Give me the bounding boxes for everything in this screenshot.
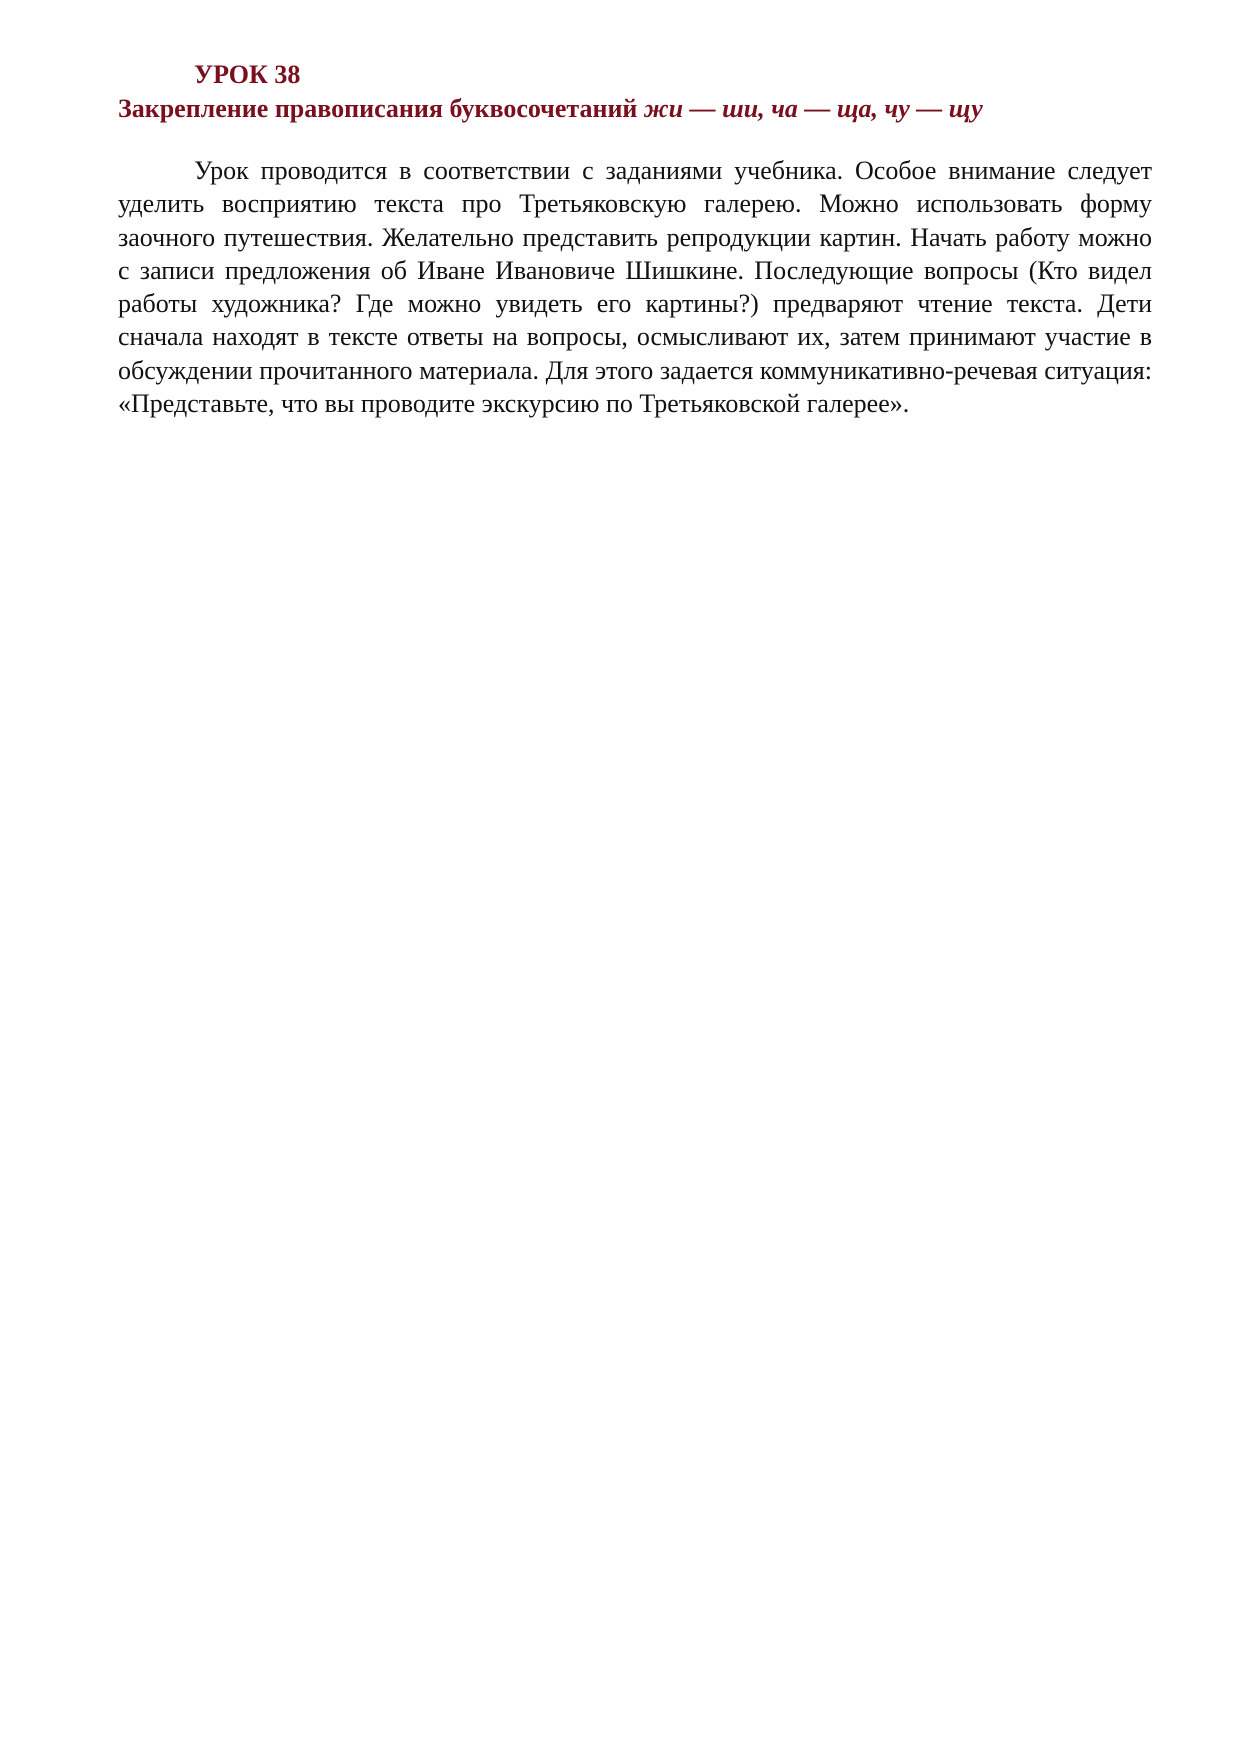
lesson-title-letter-combinations: жи — ши, ча — ща, чу — щу: [644, 94, 983, 123]
lesson-title-text: Закрепление правописания буквосочетаний: [118, 94, 644, 123]
lesson-title-heading: Закрепление правописания буквосочетаний …: [118, 92, 1152, 126]
lesson-description-paragraph: Урок проводится в соответствии с задания…: [118, 154, 1152, 420]
document-page: УРОК 38 Закрепление правописания буквосо…: [118, 58, 1152, 420]
lesson-number-heading: УРОК 38: [194, 58, 1152, 92]
